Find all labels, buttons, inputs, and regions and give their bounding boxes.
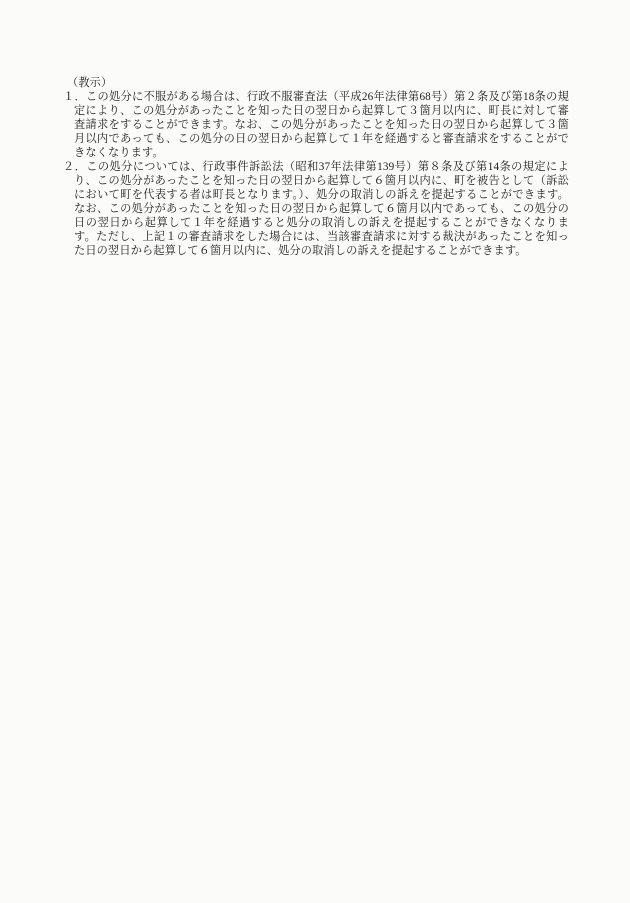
document-page: （教示） １．この処分に不服がある場合は、行政不服審査法（平成26年法律第68号… [0,0,630,903]
notice-item-2-number: ２． [63,161,86,173]
notice-item-2: ２．この処分については、行政事件訴訟法（昭和37年法律第139号）第８条及び第1… [63,160,569,258]
notice-heading: （教示） [63,76,569,90]
notice-item-1-text: この処分に不服がある場合は、行政不服審査法（平成26年法律第68号）第２条及び第… [74,91,569,159]
notice-item-1-number: １． [63,91,86,103]
kyoji-notice-block: （教示） １．この処分に不服がある場合は、行政不服審査法（平成26年法律第68号… [63,76,569,258]
notice-item-2-text: この処分については、行政事件訴訟法（昭和37年法律第139号）第８条及び第14条… [74,161,569,257]
notice-item-1: １．この処分に不服がある場合は、行政不服審査法（平成26年法律第68号）第２条及… [63,90,569,160]
